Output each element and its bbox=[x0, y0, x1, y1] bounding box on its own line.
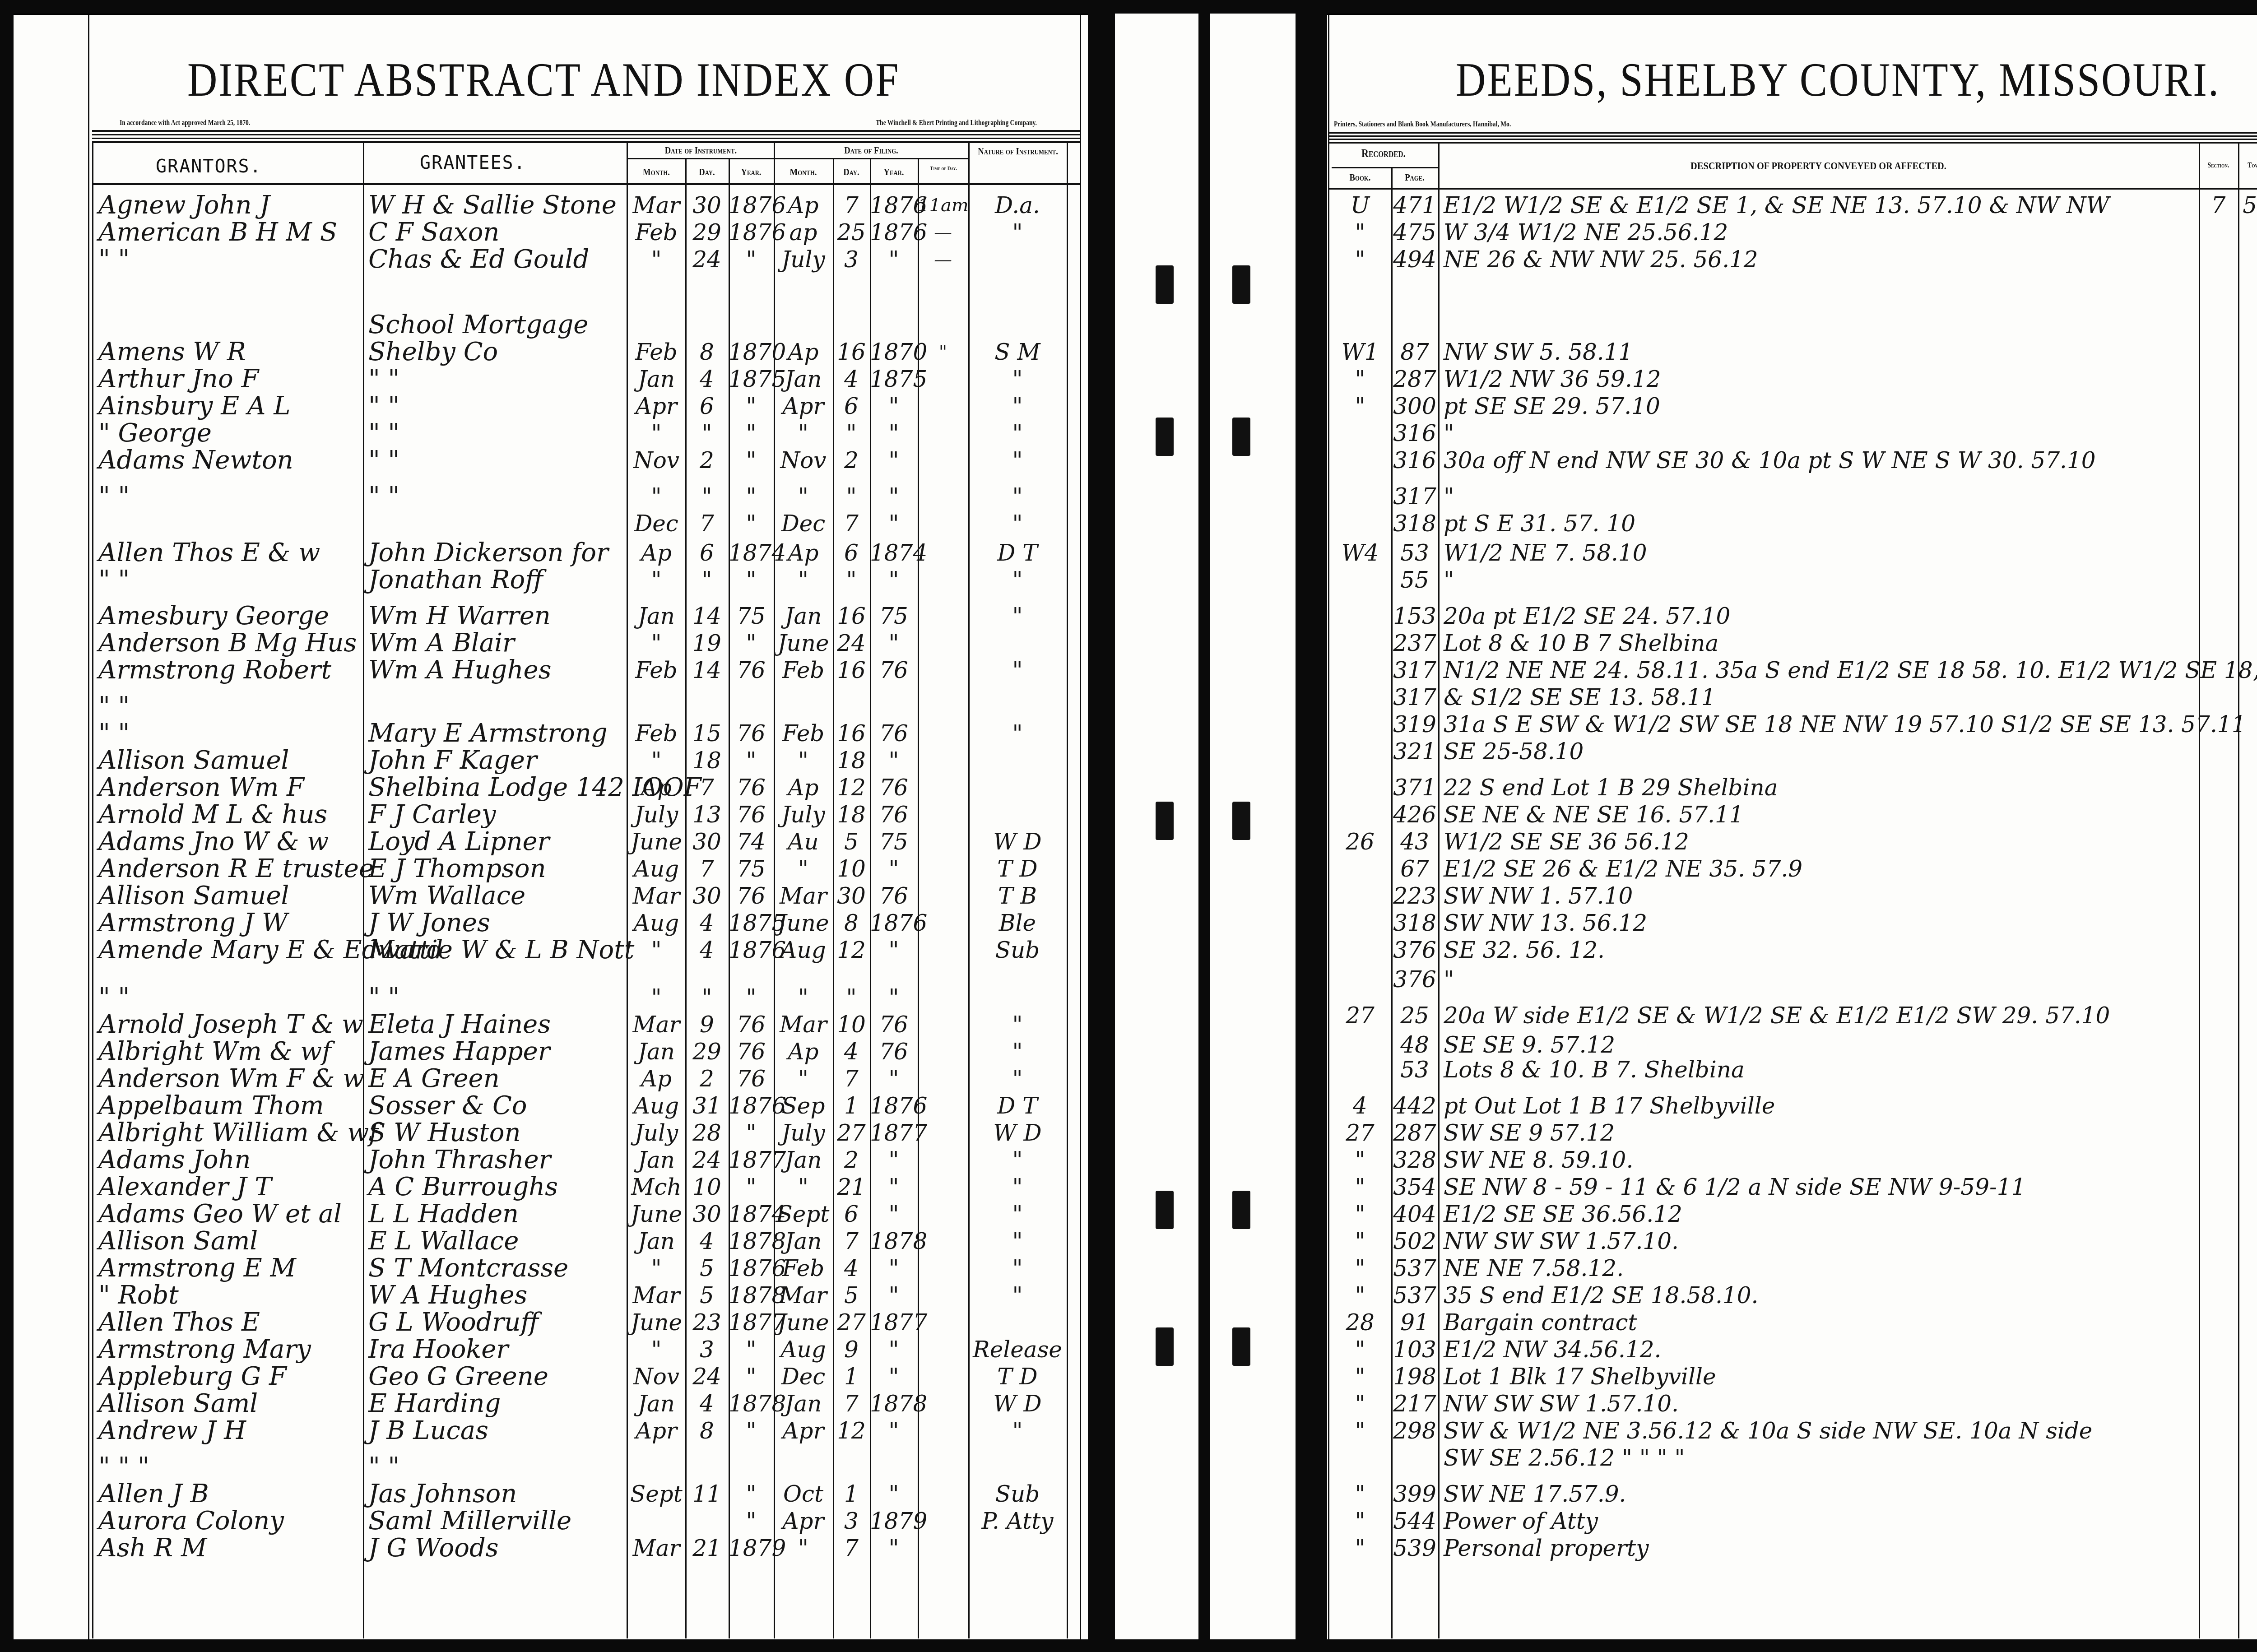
recorded-book-cell: 27 bbox=[1329, 1120, 1391, 1146]
instrument-year-cell: " bbox=[729, 420, 774, 446]
filing-year-cell: 76 bbox=[870, 657, 918, 683]
instrument-day-cell: 7 bbox=[685, 856, 729, 882]
instrument-year-cell: " bbox=[729, 984, 774, 1011]
grantee-cell: John F Kager bbox=[368, 746, 537, 775]
instrument-year-cell: 76 bbox=[729, 657, 774, 683]
filing-year-cell: 75 bbox=[870, 603, 918, 629]
property-description-cell: Power of Atty bbox=[1444, 1508, 1598, 1534]
filing-month-cell: Dec bbox=[774, 510, 833, 537]
grantor-cell: Aurora Colony bbox=[98, 1506, 284, 1536]
grantor-cell: Agnew John J bbox=[98, 190, 270, 220]
property-description-cell: 20a W side E1/2 SE & W1/2 SE & E1/2 E1/2… bbox=[1444, 1002, 2110, 1029]
binding-center-crease bbox=[1198, 0, 1210, 1652]
instrument-day-cell: 24 bbox=[685, 246, 729, 273]
nature-of-instrument-cell: " bbox=[968, 1039, 1067, 1065]
left-header-rule-3 bbox=[92, 138, 1081, 139]
instrument-month-cell: " bbox=[627, 567, 685, 593]
nature-of-instrument-cell: " bbox=[968, 219, 1067, 246]
instrument-day-cell: 3 bbox=[685, 1336, 729, 1363]
filing-day-cell: 3 bbox=[833, 1508, 870, 1534]
filing-month-cell: Dec bbox=[774, 1364, 833, 1390]
property-description-cell: E1/2 NW 34.56.12. bbox=[1444, 1336, 1661, 1363]
instrument-year-cell: 1876 bbox=[729, 219, 774, 246]
property-description-cell: SE NE & NE SE 16. 57.11 bbox=[1444, 802, 1744, 828]
col-line-grantees-left bbox=[363, 142, 364, 1638]
recorded-page-cell: 316 bbox=[1391, 420, 1438, 446]
instrument-month-cell: Aug bbox=[627, 910, 685, 936]
filing-day-header: Day. bbox=[836, 166, 867, 178]
grantor-cell: Allen J B bbox=[98, 1479, 209, 1508]
filing-month-cell: June bbox=[774, 1309, 833, 1336]
filing-month-cell: July bbox=[774, 802, 833, 828]
filing-month-cell: ap bbox=[774, 219, 833, 246]
filing-month-cell: Apr bbox=[774, 1418, 833, 1444]
binding-tab-icon bbox=[1232, 802, 1250, 840]
grantee-cell: " " bbox=[368, 445, 399, 475]
property-description-cell: pt SE SE 29. 57.10 bbox=[1444, 393, 1660, 419]
property-description-cell: " bbox=[1444, 420, 1454, 446]
property-description-cell: NW SW 5. 58.11 bbox=[1444, 339, 1633, 365]
filing-day-cell: " bbox=[833, 483, 870, 510]
binding-tab-icon bbox=[1156, 1327, 1174, 1366]
instrument-day-cell: 5 bbox=[685, 1282, 729, 1309]
grantee-cell: Chas & Ed Gould bbox=[368, 245, 589, 274]
instrument-month-cell: Mch bbox=[627, 1174, 685, 1200]
instrument-month-cell: Feb bbox=[627, 657, 685, 683]
grantee-cell: S T Montcrasse bbox=[368, 1253, 568, 1283]
instrument-year-cell: 1876 bbox=[729, 937, 774, 963]
property-description-cell: SW NW 1. 57.10 bbox=[1444, 883, 1633, 909]
instrument-day-cell: 7 bbox=[685, 775, 729, 801]
grantor-cell: Ash R M bbox=[98, 1533, 207, 1563]
property-description-cell: " bbox=[1444, 966, 1454, 993]
instrument-year-cell: " bbox=[729, 447, 774, 473]
filing-year-cell: 76 bbox=[870, 720, 918, 747]
recorded-page-cell: 316 bbox=[1391, 447, 1438, 473]
binding-tab-icon bbox=[1156, 1191, 1174, 1229]
instrument-month-cell: Ap bbox=[627, 1066, 685, 1092]
filing-year-cell: " bbox=[870, 1066, 918, 1092]
right-col-line-township bbox=[2238, 144, 2239, 1638]
property-description-cell: SE SE 9. 57.12 bbox=[1444, 1032, 1615, 1058]
filing-month-cell: Ap bbox=[774, 339, 833, 365]
recorded-page-cell: 502 bbox=[1391, 1228, 1438, 1254]
instrument-month-cell: " bbox=[627, 420, 685, 446]
nature-of-instrument-cell: " bbox=[968, 720, 1067, 747]
recorded-book-cell: " bbox=[1329, 1364, 1391, 1390]
filing-month-cell: Feb bbox=[774, 720, 833, 747]
instrument-year-cell: " bbox=[729, 1508, 774, 1534]
instrument-month-cell: Apr bbox=[627, 393, 685, 419]
nature-of-instrument-cell: " bbox=[968, 393, 1067, 419]
filing-day-cell: 27 bbox=[833, 1309, 870, 1336]
instrument-year-cell: 1877 bbox=[729, 1309, 774, 1336]
nature-of-instrument-cell: Sub bbox=[968, 937, 1067, 963]
grantee-cell: E J Thompson bbox=[368, 854, 546, 883]
grantor-cell: American B H M S bbox=[98, 218, 337, 247]
nature-of-instrument-cell: Sub bbox=[968, 1481, 1067, 1507]
instrument-year-cell: 1874 bbox=[729, 1201, 774, 1227]
time-of-day-cell: — bbox=[918, 222, 968, 243]
instrument-year-cell: " bbox=[729, 246, 774, 273]
instrument-day-cell: 23 bbox=[685, 1309, 729, 1336]
filing-year-cell: " bbox=[870, 246, 918, 273]
recorded-book-cell: 28 bbox=[1329, 1309, 1391, 1336]
property-description-cell: SW NE 17.57.9. bbox=[1444, 1481, 1626, 1507]
filing-month-cell: Au bbox=[774, 829, 833, 855]
instrument-day-cell: 30 bbox=[685, 192, 729, 218]
grantor-cell: Armstrong E M bbox=[98, 1253, 296, 1283]
grantor-cell: Allen Thos E & w bbox=[98, 538, 320, 567]
instrument-year-cell: 76 bbox=[729, 775, 774, 801]
filing-month-header: Month. bbox=[778, 166, 828, 178]
filing-day-cell: 18 bbox=[833, 747, 870, 774]
filing-month-cell: Mar bbox=[774, 883, 833, 909]
filing-month-cell: Oct bbox=[774, 1481, 833, 1507]
instrument-year-cell: 1876 bbox=[729, 1255, 774, 1281]
filing-year-cell: " bbox=[870, 1418, 918, 1444]
instrument-month-cell: June bbox=[627, 1309, 685, 1336]
property-description-cell: 31a S E SW & W1/2 SW SE 18 NE NW 19 57.1… bbox=[1444, 711, 2246, 738]
filing-month-cell: July bbox=[774, 246, 833, 273]
grantee-cell: Wm A Blair bbox=[368, 628, 515, 658]
instrument-day-cell: 7 bbox=[685, 510, 729, 537]
filing-year-cell: 75 bbox=[870, 829, 918, 855]
top-scan-border bbox=[0, 0, 2257, 14]
filing-month-cell: June bbox=[774, 910, 833, 936]
nature-of-instrument-cell: " bbox=[968, 657, 1067, 683]
grantee-cell: E Harding bbox=[368, 1389, 501, 1418]
grantor-cell: Armstrong Mary bbox=[98, 1335, 311, 1364]
grantee-cell: Loyd A Lipner bbox=[368, 827, 549, 856]
time-of-day-cell: 11am bbox=[918, 195, 968, 216]
instrument-year-cell: " bbox=[729, 1174, 774, 1200]
recorded-page-cell: 318 bbox=[1391, 910, 1438, 936]
recorded-page-cell: 237 bbox=[1391, 630, 1438, 656]
filing-day-cell: 6 bbox=[833, 393, 870, 419]
grantee-cell: J G Woods bbox=[368, 1533, 499, 1563]
recorded-page-cell: 475 bbox=[1391, 219, 1438, 246]
nature-of-instrument-cell: P. Atty bbox=[968, 1508, 1067, 1534]
instrument-year-cell: 1876 bbox=[729, 1093, 774, 1119]
left-page-right-rule bbox=[1080, 15, 1081, 1640]
left-page-edge-shadow bbox=[1088, 0, 1115, 1652]
grantees-header: GRANTEES. bbox=[420, 153, 526, 173]
recorded-book-cell: 26 bbox=[1329, 829, 1391, 855]
recorded-book-cell: " bbox=[1329, 1147, 1391, 1173]
nature-of-instrument-cell: " bbox=[968, 1418, 1067, 1444]
instrument-year-cell: " bbox=[729, 510, 774, 537]
recorded-page-cell: 537 bbox=[1391, 1282, 1438, 1309]
instrument-year-cell: 1875 bbox=[729, 910, 774, 936]
instrument-month-cell: Ap bbox=[627, 775, 685, 801]
nature-of-instrument-cell: S M bbox=[968, 339, 1067, 365]
grantee-cell: Mary E Armstrong bbox=[368, 719, 608, 748]
property-description-cell: E1/2 SE SE 36.56.12 bbox=[1444, 1201, 1682, 1227]
instrument-month-cell: Feb bbox=[627, 720, 685, 747]
grantee-cell: James Happer bbox=[368, 1037, 550, 1066]
instrument-day-cell: 4 bbox=[685, 910, 729, 936]
township-cell: 59 bbox=[2238, 192, 2257, 218]
date-of-filing-header: Date of Filing. bbox=[789, 144, 954, 156]
instrument-day-cell: 9 bbox=[685, 1012, 729, 1038]
right-col-line-description bbox=[1438, 144, 1440, 1638]
instrument-year-cell: 1876 bbox=[729, 192, 774, 218]
nature-of-instrument-cell: T D bbox=[968, 1364, 1067, 1390]
recorded-page-cell: 544 bbox=[1391, 1508, 1438, 1534]
nature-of-instrument-cell: " bbox=[968, 447, 1067, 473]
binding-tab-icon bbox=[1156, 802, 1174, 840]
property-description-cell: SW NW 13. 56.12 bbox=[1444, 910, 1647, 936]
filing-month-cell: " bbox=[774, 856, 833, 882]
grantor-cell: " " bbox=[98, 565, 130, 594]
instrument-day-cell: 15 bbox=[685, 720, 729, 747]
left-page-title: DIRECT ABSTRACT AND INDEX OF bbox=[187, 52, 900, 107]
property-description-cell: SE 25-58.10 bbox=[1444, 738, 1584, 765]
filing-month-cell: Feb bbox=[774, 1255, 833, 1281]
instrument-day-cell: 19 bbox=[685, 630, 729, 656]
instrument-day-cell: 4 bbox=[685, 937, 729, 963]
filing-month-cell: Jan bbox=[774, 603, 833, 629]
instrument-month-cell: Aug bbox=[627, 1093, 685, 1119]
filing-year-cell: " bbox=[870, 1201, 918, 1227]
grantor-cell: " " bbox=[98, 719, 130, 748]
recorded-book-cell: " bbox=[1329, 393, 1391, 419]
date-of-instrument-header: Date of Instrument. bbox=[638, 144, 763, 156]
instrument-day-cell: 13 bbox=[685, 802, 729, 828]
instrument-month-cell: " bbox=[627, 937, 685, 963]
grantor-cell: Allison Saml bbox=[98, 1226, 258, 1256]
recorded-page-cell: 371 bbox=[1391, 775, 1438, 801]
grantee-cell: J B Lucas bbox=[368, 1416, 488, 1445]
filing-day-cell: 12 bbox=[833, 1418, 870, 1444]
recorded-page-cell: 300 bbox=[1391, 393, 1438, 419]
section-cell: 7 bbox=[2199, 192, 2238, 218]
right-header-rule-2 bbox=[1328, 135, 2257, 137]
nature-of-instrument-cell: " bbox=[968, 366, 1067, 392]
filing-month-cell: Jan bbox=[774, 1228, 833, 1254]
recorded-book-cell: " bbox=[1329, 246, 1391, 273]
filing-year-cell: 1877 bbox=[870, 1309, 918, 1336]
inst-day-header: Day. bbox=[688, 166, 725, 178]
filing-month-cell: " bbox=[774, 420, 833, 446]
instrument-day-cell: 11 bbox=[685, 1481, 729, 1507]
recorded-book-cell: " bbox=[1329, 1481, 1391, 1507]
grantor-cell: " " bbox=[98, 691, 130, 721]
filing-month-cell: Sep bbox=[774, 1093, 833, 1119]
nature-of-instrument-cell: W D bbox=[968, 1120, 1067, 1146]
grantee-cell: Jas Johnson bbox=[368, 1479, 517, 1508]
recorded-book-cell: " bbox=[1329, 1391, 1391, 1417]
filing-year-cell: 76 bbox=[870, 775, 918, 801]
recorded-page-cell: 317 bbox=[1391, 684, 1438, 710]
filing-day-cell: 7 bbox=[833, 1066, 870, 1092]
binding-tab-icon bbox=[1232, 418, 1250, 456]
grantor-cell: " George bbox=[98, 418, 212, 448]
instrument-year-cell: " bbox=[729, 1481, 774, 1507]
filing-year-cell: 1876 bbox=[870, 219, 918, 246]
grantor-cell: Armstrong J W bbox=[98, 908, 288, 937]
filing-year-cell: " bbox=[870, 1255, 918, 1281]
grantor-cell: Albright Wm & wf bbox=[98, 1037, 331, 1066]
nature-of-instrument-cell: " bbox=[968, 1228, 1067, 1254]
nature-of-instrument-cell: Release bbox=[968, 1336, 1067, 1363]
instrument-day-cell: 6 bbox=[685, 393, 729, 419]
instrument-year-cell: 76 bbox=[729, 1066, 774, 1092]
grantee-cell: G L Woodruff bbox=[368, 1308, 539, 1337]
instrument-year-cell: 75 bbox=[729, 856, 774, 882]
property-description-cell: SW SE 9 57.12 bbox=[1444, 1120, 1615, 1146]
recorded-book-cell: " bbox=[1329, 1228, 1391, 1254]
grantor-cell: Adams Geo W et al bbox=[98, 1199, 342, 1229]
filing-month-cell: Sept bbox=[774, 1201, 833, 1227]
filing-month-cell: Mar bbox=[774, 1012, 833, 1038]
instrument-day-cell: 5 bbox=[685, 1255, 729, 1281]
instrument-day-cell: 30 bbox=[685, 829, 729, 855]
grantor-cell: Amens W R bbox=[98, 337, 246, 367]
book-header: Book. bbox=[1333, 172, 1386, 183]
grantor-cell: Arnold M L & hus bbox=[98, 800, 327, 829]
recorded-page-cell: 217 bbox=[1391, 1391, 1438, 1417]
instrument-month-cell: Mar bbox=[627, 1012, 685, 1038]
binding-tab-icon bbox=[1156, 418, 1174, 456]
recorded-page-cell: 399 bbox=[1391, 1481, 1438, 1507]
instrument-year-cell: " bbox=[729, 1418, 774, 1444]
instrument-month-cell: June bbox=[627, 1201, 685, 1227]
filing-day-cell: 16 bbox=[833, 657, 870, 683]
filing-day-cell: 7 bbox=[833, 192, 870, 218]
instrument-year-cell: 1879 bbox=[729, 1535, 774, 1561]
instrument-month-cell: June bbox=[627, 829, 685, 855]
instrument-year-cell: 76 bbox=[729, 1039, 774, 1065]
filing-year-cell: " bbox=[870, 1147, 918, 1173]
filing-year-cell: 1876 bbox=[870, 192, 918, 218]
filing-year-cell: " bbox=[870, 420, 918, 446]
instrument-day-cell: 6 bbox=[685, 540, 729, 566]
nature-of-instrument-cell: " bbox=[968, 1282, 1067, 1309]
recorded-page-cell: 471 bbox=[1391, 192, 1438, 218]
instrument-year-cell: 1870 bbox=[729, 339, 774, 365]
nature-of-instrument-cell: " bbox=[968, 510, 1067, 537]
description-header: DESCRIPTION OF PROPERTY CONVEYED OR AFFE… bbox=[1495, 160, 2141, 172]
instrument-year-cell: 1875 bbox=[729, 366, 774, 392]
instrument-year-cell: 1878 bbox=[729, 1391, 774, 1417]
filing-year-cell: " bbox=[870, 447, 918, 473]
nature-of-instrument-cell: " bbox=[968, 1147, 1067, 1173]
grantor-cell: Albright William & wf bbox=[98, 1118, 378, 1147]
property-description-cell: NE 26 & NW NW 25. 56.12 bbox=[1444, 246, 1758, 273]
nature-of-instrument-cell: " bbox=[968, 603, 1067, 629]
instrument-month-cell: " bbox=[627, 1336, 685, 1363]
property-description-cell: 30a off N end NW SE 30 & 10a pt S W NE S… bbox=[1444, 447, 2096, 473]
recorded-book-cell: " bbox=[1329, 1508, 1391, 1534]
grantee-cell: L L Hadden bbox=[368, 1199, 519, 1229]
grantee-cell: C F Saxon bbox=[368, 218, 499, 247]
recorded-book-cell: W4 bbox=[1329, 540, 1391, 566]
filing-day-cell: 1 bbox=[833, 1364, 870, 1390]
filing-year-cell: 1878 bbox=[870, 1391, 918, 1417]
grantee-cell: John Thrasher bbox=[368, 1145, 551, 1174]
nature-of-instrument-cell: T B bbox=[968, 883, 1067, 909]
instrument-year-cell: " bbox=[729, 1364, 774, 1390]
filing-year-cell: 1874 bbox=[870, 540, 918, 566]
filing-month-cell: Ap bbox=[774, 540, 833, 566]
recorded-page-cell: 298 bbox=[1391, 1418, 1438, 1444]
recorded-book-cell: " bbox=[1329, 219, 1391, 246]
grantor-cell: Arthur Jno F bbox=[98, 364, 259, 394]
left-header-rule-1 bbox=[92, 130, 1081, 132]
recorded-page-cell: 328 bbox=[1391, 1147, 1438, 1173]
property-description-cell: " bbox=[1444, 567, 1454, 593]
filing-year-cell: 76 bbox=[870, 1039, 918, 1065]
instrument-month-cell: " bbox=[627, 483, 685, 510]
filing-day-cell: 24 bbox=[833, 630, 870, 656]
page-header: Page. bbox=[1395, 172, 1435, 183]
filing-month-cell: Mar bbox=[774, 1282, 833, 1309]
instrument-year-cell: 76 bbox=[729, 883, 774, 909]
filing-month-cell: Apr bbox=[774, 1508, 833, 1534]
grantor-cell: Adams Jno W & w bbox=[98, 827, 329, 856]
instrument-month-cell: Mar bbox=[627, 1282, 685, 1309]
instrument-day-cell: 14 bbox=[685, 603, 729, 629]
instrument-year-cell: 76 bbox=[729, 802, 774, 828]
filing-year-cell: " bbox=[870, 1364, 918, 1390]
property-description-cell: pt S E 31. 57. 10 bbox=[1444, 510, 1635, 537]
recorded-page-cell: 103 bbox=[1391, 1336, 1438, 1363]
property-description-cell: NW SW SW 1.57.10. bbox=[1444, 1228, 1679, 1254]
filing-month-cell: Ap bbox=[774, 1039, 833, 1065]
grantor-cell: Allison Saml bbox=[98, 1389, 258, 1418]
instrument-year-cell: " bbox=[729, 630, 774, 656]
recorded-book-cell: 4 bbox=[1329, 1093, 1391, 1119]
filing-year-cell: " bbox=[870, 1174, 918, 1200]
property-description-cell: 20a pt E1/2 SE 24. 57.10 bbox=[1444, 603, 1730, 629]
filing-year-cell: 1875 bbox=[870, 366, 918, 392]
filing-month-cell: " bbox=[774, 567, 833, 593]
property-description-cell: SW SE 2.56.12 " " " " bbox=[1444, 1445, 1685, 1471]
filing-month-cell: Nov bbox=[774, 447, 833, 473]
instrument-month-cell: Mar bbox=[627, 883, 685, 909]
nature-of-instrument-cell: " bbox=[968, 1255, 1067, 1281]
instrument-day-cell: 14 bbox=[685, 657, 729, 683]
recorded-subheader-rule bbox=[1332, 167, 1438, 168]
nature-of-instrument-cell: " bbox=[968, 420, 1067, 446]
time-of-day-cell: " bbox=[918, 342, 968, 362]
recorded-page-cell: 91 bbox=[1391, 1309, 1438, 1336]
recorded-page-cell: 426 bbox=[1391, 802, 1438, 828]
filing-day-cell: 30 bbox=[833, 883, 870, 909]
filing-year-header: Year. bbox=[873, 166, 914, 178]
instrument-day-cell: " bbox=[685, 567, 729, 593]
grantee-cell: E L Wallace bbox=[368, 1226, 519, 1256]
instrument-day-cell: 4 bbox=[685, 1391, 729, 1417]
nature-of-instrument-cell: " bbox=[968, 483, 1067, 510]
filing-month-cell: July bbox=[774, 1120, 833, 1146]
recorded-book-cell: " bbox=[1329, 1336, 1391, 1363]
filing-day-cell: 5 bbox=[833, 829, 870, 855]
recorded-page-cell: 43 bbox=[1391, 829, 1438, 855]
grantor-cell: Alexander J T bbox=[98, 1172, 272, 1202]
recorded-page-cell: 48 bbox=[1391, 1032, 1438, 1058]
nature-of-instrument-header: Nature of Instrument. bbox=[976, 145, 1059, 157]
right-header-bottom-rule bbox=[1328, 188, 2257, 190]
filing-month-cell: Jan bbox=[774, 366, 833, 392]
grantor-cell: Armstrong Robert bbox=[98, 655, 331, 685]
instrument-day-cell: 28 bbox=[685, 1120, 729, 1146]
grantor-cell: " " bbox=[98, 245, 130, 274]
recorded-page-cell: 539 bbox=[1391, 1535, 1438, 1561]
instrument-month-cell: Jan bbox=[627, 366, 685, 392]
